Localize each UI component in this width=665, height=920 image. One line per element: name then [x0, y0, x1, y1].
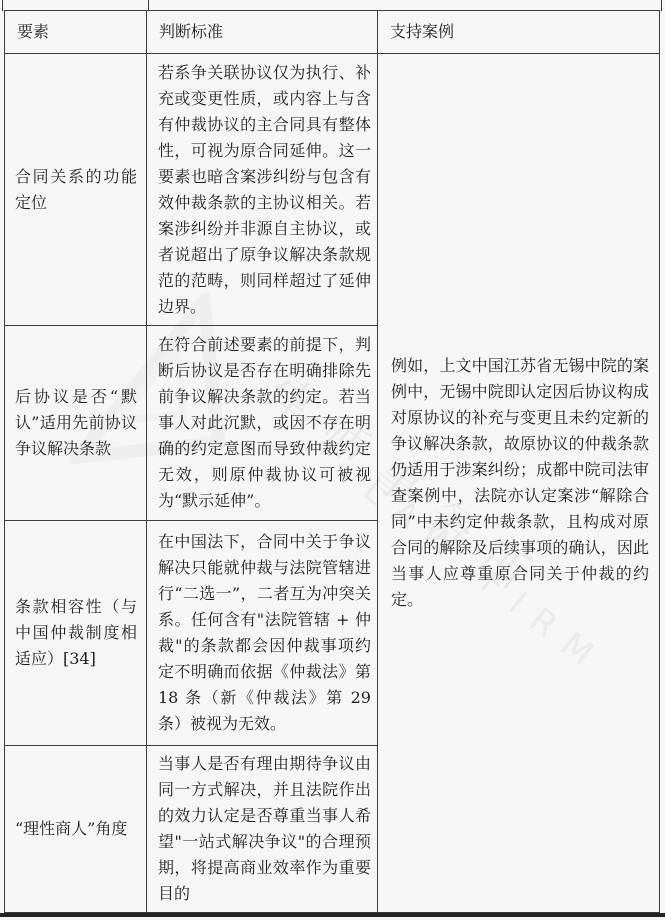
factor-text-row4: “理性商人”角度 [15, 816, 137, 842]
factor-text-row2: 后协议是否“默认”适用先前协议争议解决条款 [15, 384, 137, 462]
bottom-heavy-rule [0, 913, 665, 917]
column-header-factor: 要素 [5, 11, 147, 54]
factor-cell-row3: 条款相容性（与中国仲裁制度相适应）[34] [5, 521, 147, 746]
column-header-cases-label: 支持案例 [390, 19, 651, 45]
supporting-case-text: 例如，上文中国江苏省无锡中院的案例中，无锡中院即认定因后协议构成对原协议的补充与… [391, 353, 649, 613]
criteria-cell-row3: 在中国法下，合同中关于争议解决只能就仲裁与法院管辖进行“二选一”，二者互为冲突关… [147, 521, 378, 746]
criteria-cell-row4: 当事人是否有理由期待争议由同一方式解决，并且法院作出的效力认定是否尊重当事人希望… [147, 746, 378, 912]
factor-text-row3: 条款相容性（与中国仲裁制度相适应）[34] [15, 594, 137, 672]
table-continuation-line-column [148, 0, 149, 11]
table-continuation-line-right [661, 0, 662, 11]
criteria-cell-row2: 在符合前述要素的前提下，判断后协议是否存在明确排除先前争议解决条款的约定。若当事… [147, 326, 378, 521]
table-continuation-line-left [2, 0, 3, 11]
supporting-case-cell: 例如，上文中国江苏省无锡中院的案例中，无锡中院即认定因后协议构成对原协议的补充与… [378, 54, 659, 912]
column-header-factor-label: 要素 [17, 19, 138, 45]
criteria-text-row3: 在中国法下，合同中关于争议解决只能就仲裁与法院管辖进行“二选一”，二者互为冲突关… [158, 529, 371, 737]
factor-cell-row4: “理性商人”角度 [5, 746, 147, 912]
factor-text-row1: 合同关系的功能定位 [15, 164, 137, 216]
column-header-criteria-label: 判断标准 [159, 19, 369, 45]
factor-cell-row1: 合同关系的功能定位 [5, 54, 147, 326]
comparison-table: 要素 判断标准 支持案例 合同关系的功能定位 若系争关联协议仅为执行、补充或变更… [4, 10, 660, 913]
page: 律师事务所 LAW FIRM 要素 判断标准 支持案例 合同关系的功能定位 若系… [0, 0, 665, 920]
factor-cell-row2: 后协议是否“默认”适用先前协议争议解决条款 [5, 326, 147, 521]
criteria-text-row4: 当事人是否有理由期待争议由同一方式解决，并且法院作出的效力认定是否尊重当事人希望… [158, 751, 371, 907]
criteria-text-row1: 若系争关联协议仅为执行、补充或变更性质，或内容上与含有仲裁协议的主合同具有整体性… [158, 60, 371, 320]
criteria-text-row2: 在符合前述要素的前提下，判断后协议是否存在明确排除先前争议解决条款的约定。若当事… [158, 332, 371, 514]
column-header-criteria: 判断标准 [147, 11, 378, 54]
criteria-cell-row1: 若系争关联协议仅为执行、补充或变更性质，或内容上与含有仲裁协议的主合同具有整体性… [147, 54, 378, 326]
column-header-cases: 支持案例 [378, 11, 659, 54]
